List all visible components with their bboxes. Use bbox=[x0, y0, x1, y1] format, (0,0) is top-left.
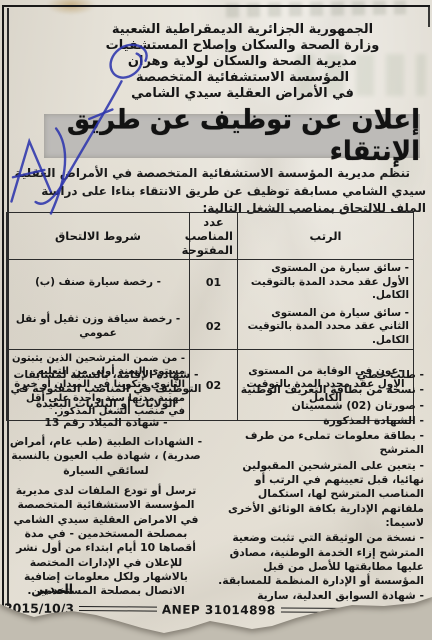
paper-shadow-wrap: الجمهورية الجزائرية الديمقراطية الشعبية … bbox=[0, 0, 432, 640]
required-documents-column: - طلب خطي - نسخة من بطاقة التعريف الوطني… bbox=[216, 368, 424, 619]
conditions-cell: - رخصة سيارة صنف (ب) bbox=[7, 260, 190, 305]
document-item: - شهادة الإقامة، بالنسبة لمسابقات التوظي… bbox=[8, 368, 204, 411]
footer-double-rule bbox=[281, 607, 359, 613]
document-item: - صورتان (02) شمسيتان bbox=[216, 399, 424, 413]
newspaper-name: الجمهورية bbox=[364, 603, 429, 618]
torn-newsprint-paper: الجمهورية الجزائرية الديمقراطية الشعبية … bbox=[0, 0, 432, 640]
anep-footer-strip: الجمهورية ANEP 31014898 2015/10/3 bbox=[4, 601, 428, 619]
document-item: - الشهادات الطبية (طب عام، أمراض صدرية) … bbox=[8, 435, 204, 478]
clipping-border-top bbox=[2, 5, 430, 7]
rank-cell: - سائق سيارة من المستوى الثاني عقد محدد … bbox=[238, 305, 414, 350]
column-header-rank: الرتب bbox=[238, 213, 414, 260]
footer-double-rule bbox=[79, 606, 157, 612]
anep-reference: ANEP 31014898 bbox=[162, 602, 276, 617]
rank-cell: - سائق سيارة من المستوى الأول عقد محدد ا… bbox=[238, 260, 414, 305]
openings-cell: 01 bbox=[190, 260, 238, 305]
document-item: - شهادة الميلاد رقم 13 bbox=[8, 416, 204, 430]
document-item: - الشهادة المذكورة bbox=[216, 414, 424, 428]
document-item: - بطاقة معلومات تملىء من طرف المترشح bbox=[216, 429, 424, 458]
handwritten-ink-annotation bbox=[0, 25, 176, 227]
openings-cell: 02 bbox=[190, 305, 238, 350]
column-header-openings: عدد المناصب المفتوحة bbox=[190, 213, 238, 260]
document-item: - طلب خطي bbox=[216, 368, 424, 382]
ink-bleedthrough-smudge bbox=[226, 0, 406, 17]
document-item: - يتعين على المترشحين المقبولين نهائيا، … bbox=[216, 459, 424, 530]
director-signature-title: المدير bbox=[36, 581, 73, 596]
paper-stain bbox=[46, 0, 96, 15]
document-item: - نسخة من بطاقة التعريف الوطنية bbox=[216, 383, 424, 397]
table-row: - سائق سيارة من المستوى الأول عقد محدد ا… bbox=[7, 260, 414, 305]
table-row: - سائق سيارة من المستوى الثاني عقد محدد … bbox=[7, 305, 414, 350]
newspaper-clipping-scan: الجمهورية الجزائرية الديمقراطية الشعبية … bbox=[0, 0, 432, 640]
conditions-cell: - رخصة سياقة وزن ثقيل أو نقل عمومي bbox=[7, 305, 190, 350]
publication-date: 2015/10/3 bbox=[4, 601, 74, 616]
document-item: - نسخة من الوثيقة التي تثبت وضعية المترش… bbox=[216, 531, 424, 588]
